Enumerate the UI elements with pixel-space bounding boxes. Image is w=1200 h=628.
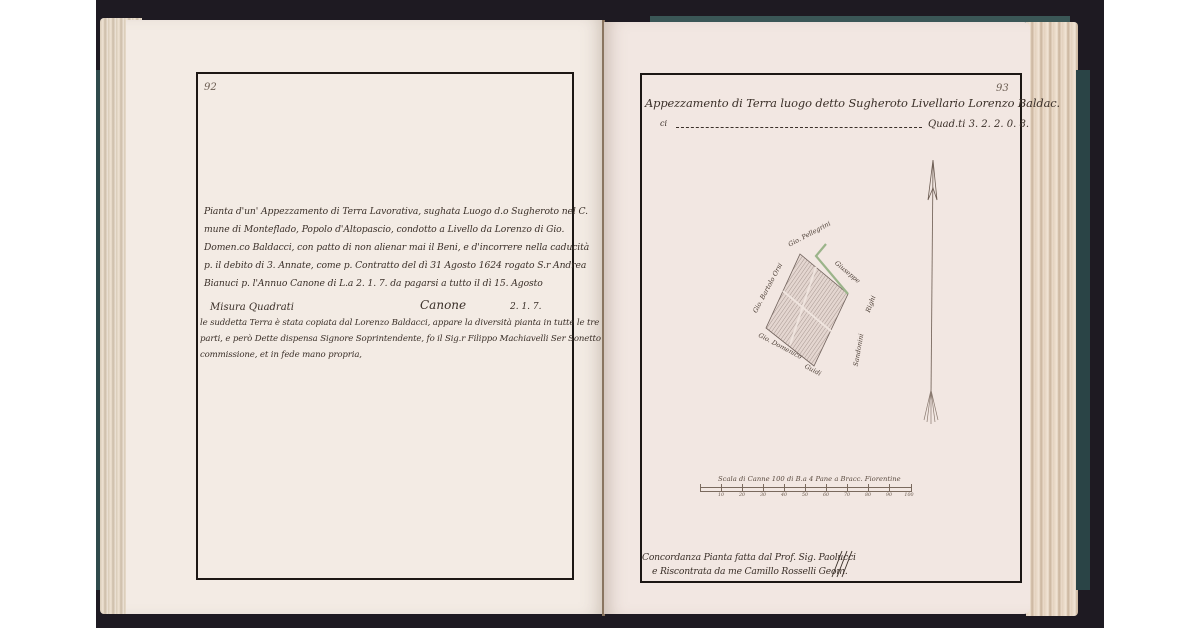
right-folio-number: 93 <box>996 83 1009 94</box>
map-title-continuation: ci <box>660 119 667 128</box>
map-scale-bar: Scala di Canne 100 di B.a 4 Pane a Bracc… <box>700 475 915 505</box>
description-line: mune di Monteflado, Popolo d'Altopascio,… <box>204 224 564 235</box>
signature-line: Concordanza Pianta fatta dal Prof. Sig. … <box>642 552 856 563</box>
description-line: Pianta d'un' Appezzamento di Terra Lavor… <box>204 206 588 217</box>
scale-label: 20 <box>739 493 745 498</box>
scale-label: 90 <box>886 493 892 498</box>
page-stack-right <box>1026 22 1078 616</box>
scale-tick <box>911 484 912 492</box>
quadrati-value: Quad.ti 3. 2. 2. 0. 8. <box>928 119 1029 130</box>
scale-tick <box>763 484 764 492</box>
title-dash-leader <box>676 127 922 128</box>
margin-left <box>0 0 96 628</box>
scale-title: Scala di Canne 100 di B.a 4 Pane a Bracc… <box>718 475 901 483</box>
scale-tick <box>742 484 743 492</box>
cover-edge-right <box>1076 70 1090 590</box>
note-line: commissione, et in fede mano propria, <box>200 350 362 360</box>
misura-label: Misura Quadrati <box>210 302 294 313</box>
canone-label: Canone <box>420 298 466 312</box>
description-line: Domen.co Baldacci, con patto di non alie… <box>204 242 589 253</box>
description-line: p. il debito di 3. Annate, come p. Contr… <box>204 260 586 271</box>
land-plot-drawing: Gio. Pellegrini Giuseppe Gio. Bartolo Or… <box>760 238 880 378</box>
map-title: Appezzamento di Terra luogo detto Sugher… <box>645 96 1060 110</box>
note-line: parti, e però Dette dispensa Signore Sop… <box>200 334 660 344</box>
scale-tick <box>847 484 848 492</box>
scale-tick <box>805 484 806 492</box>
scale-label: 100 <box>904 493 913 498</box>
scale-label: 60 <box>823 493 829 498</box>
signature-line: e Riscontrata da me Camillo Rosselli Geo… <box>652 566 848 577</box>
plot-polygon-icon <box>760 238 880 378</box>
scale-tick <box>784 484 785 492</box>
margin-right <box>1104 0 1200 628</box>
note-line: le suddetta Terra è stata copiata dal Lo… <box>200 318 599 328</box>
scale-tick <box>826 484 827 492</box>
north-arrow-icon <box>918 158 948 428</box>
north-arrow <box>918 158 948 428</box>
scale-label: 40 <box>781 493 787 498</box>
scale-label: 70 <box>844 493 850 498</box>
scale-tick <box>868 484 869 492</box>
scale-label: 10 <box>718 493 724 498</box>
signature-flourish-icon <box>828 549 858 579</box>
scale-tick <box>700 484 701 492</box>
description-line: Bianuci p. l'Annuo Canone di L.a 2. 1. 7… <box>204 278 543 289</box>
scale-tick <box>721 484 722 492</box>
canone-value: 2. 1. 7. <box>510 302 541 312</box>
scale-label: 50 <box>802 493 808 498</box>
scale-tick <box>889 484 890 492</box>
left-folio-number: 92 <box>204 82 217 93</box>
scale-line <box>700 487 912 492</box>
scale-label: 80 <box>865 493 871 498</box>
scale-label: 30 <box>760 493 766 498</box>
